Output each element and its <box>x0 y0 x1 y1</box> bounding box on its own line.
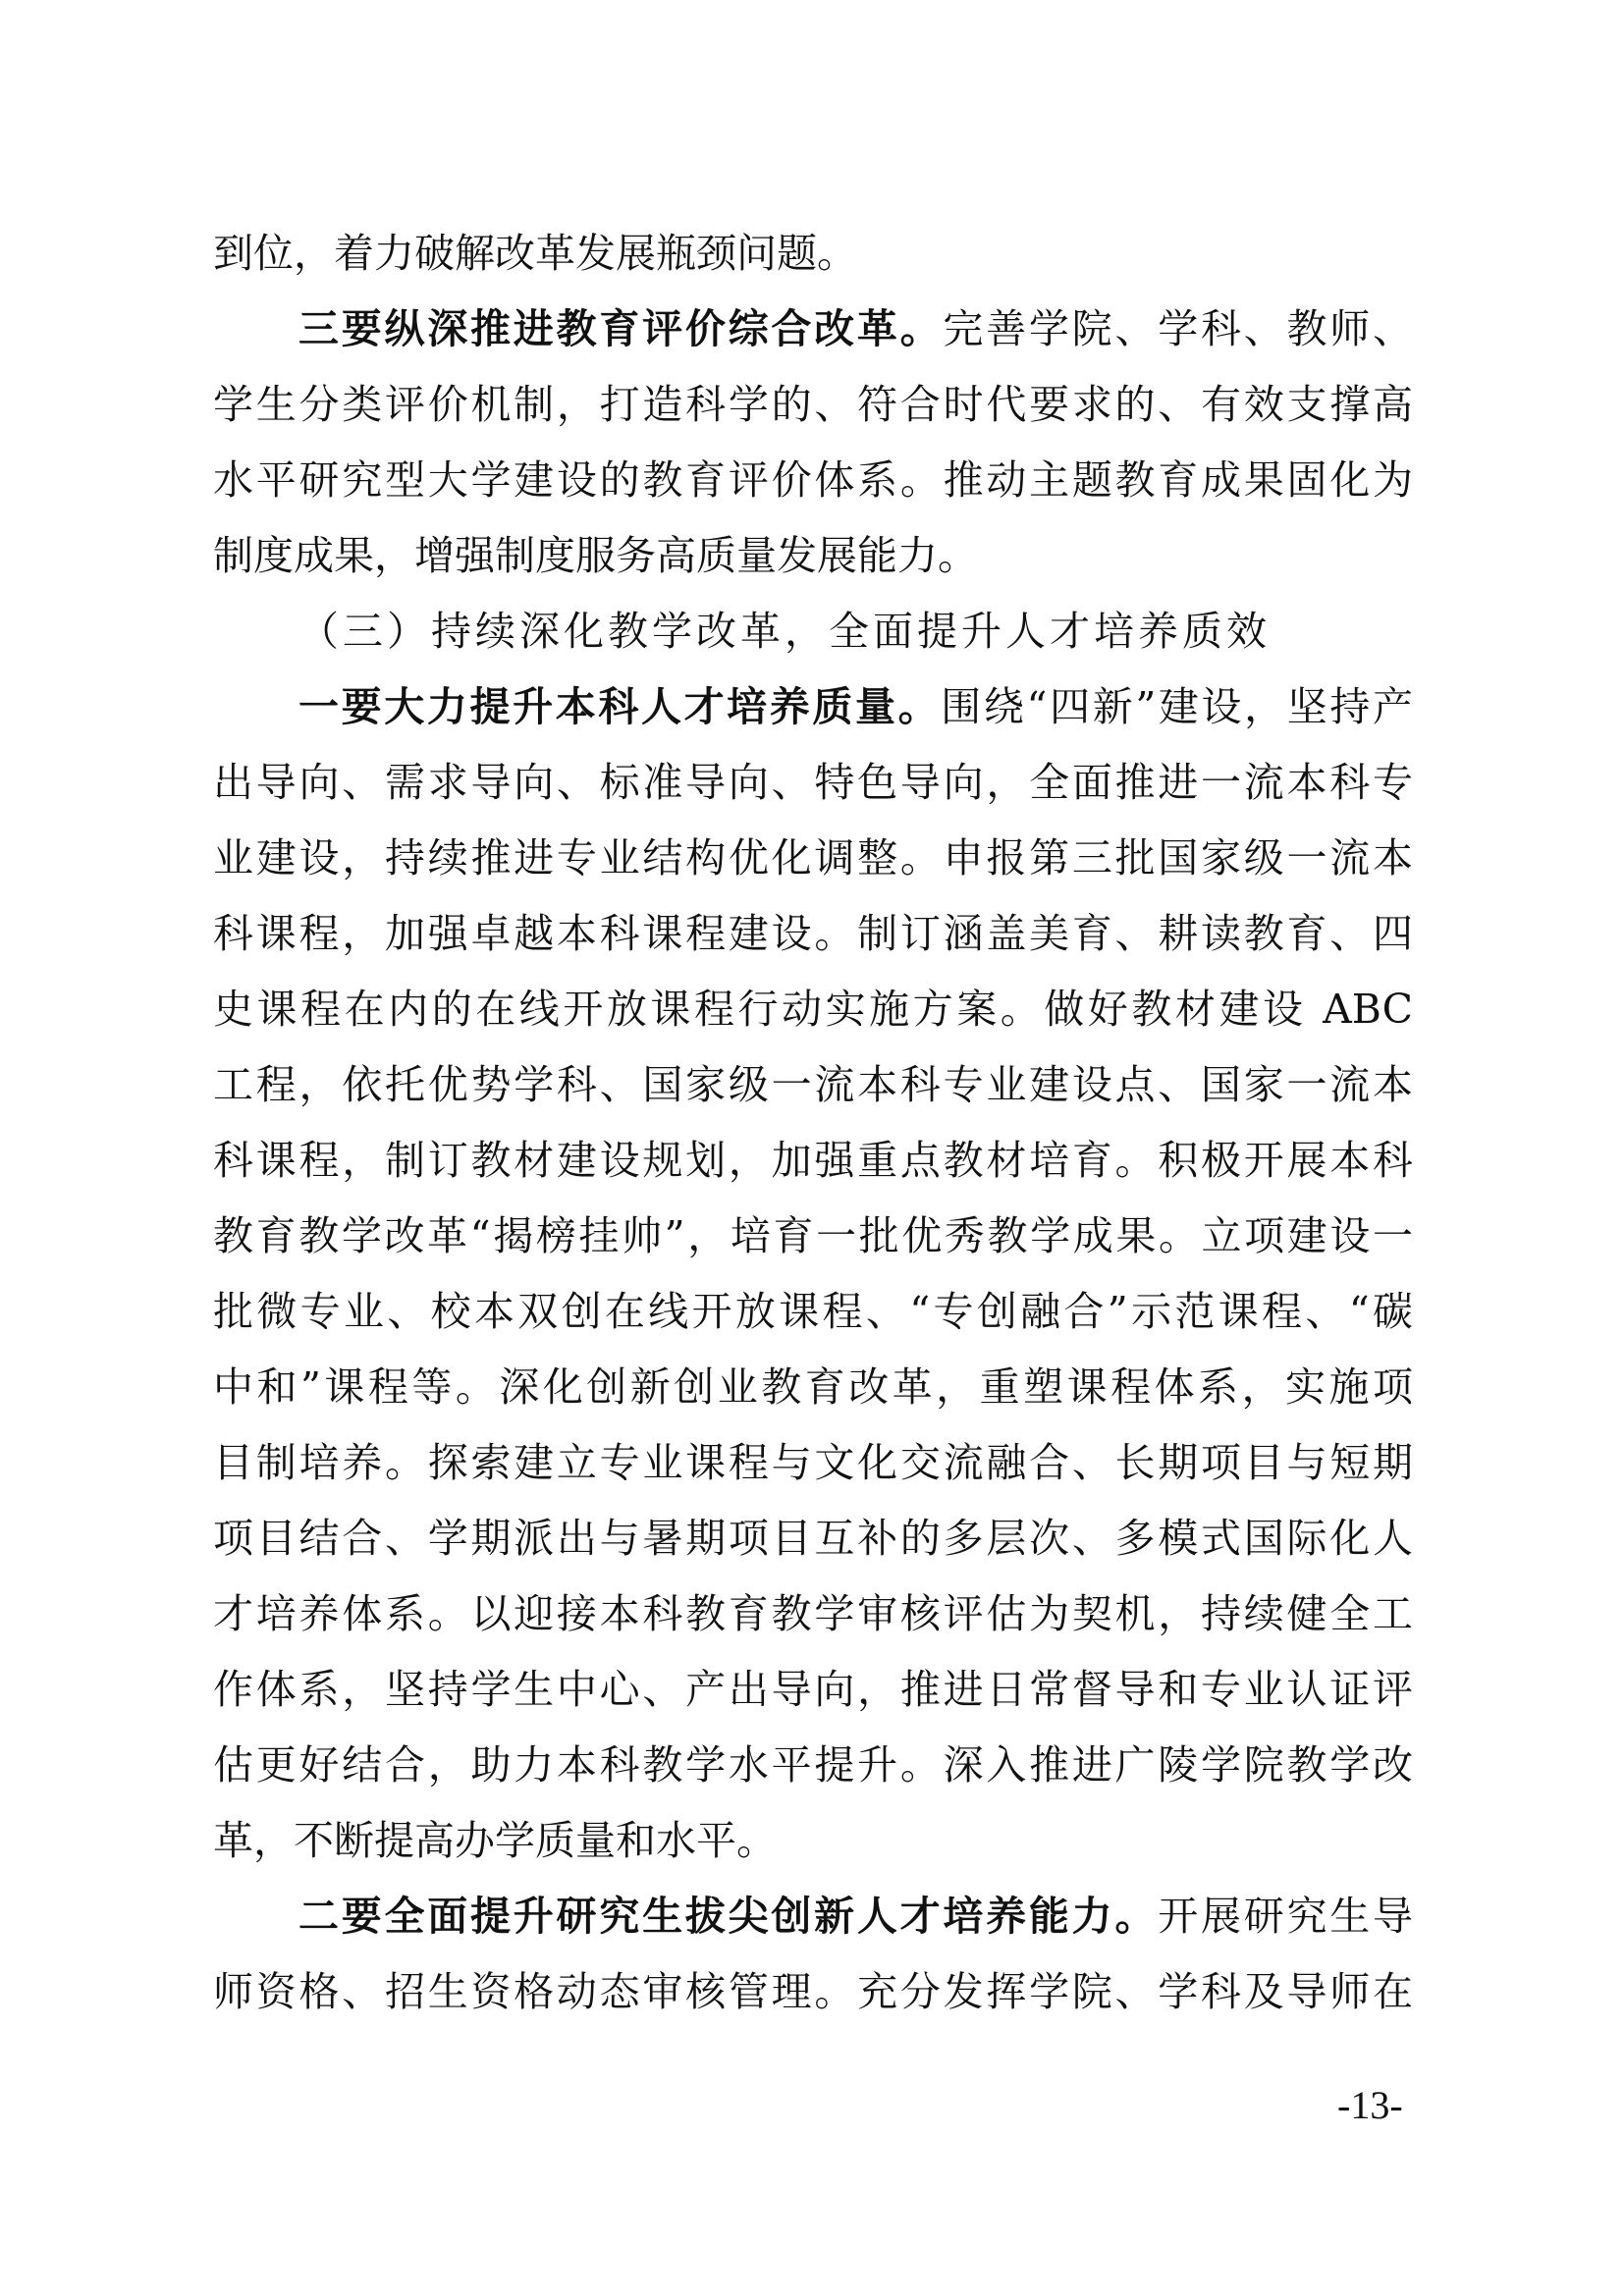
text-line: 目制培养。探索建立专业课程与文化交流融合、长期项目与短期 <box>213 1433 1413 1492</box>
line-text: 师资格、招生资格动态审核管理。充分发挥学院、学科及导师在 <box>213 1968 1413 2015</box>
text-line: 科课程，制订教材建设规划，加强重点教材培育。积极开展本科 <box>213 1131 1413 1190</box>
text-line: 教育教学改革“揭榜挂帅”，培育一批优秀教学成果。立项建设一 <box>213 1206 1413 1265</box>
line-text: 批微专业、校本双创在线开放课程、“专创融合”示范课程、“碳 <box>213 1288 1413 1335</box>
line-text: 制度成果，增强制度服务高质量发展能力。 <box>213 532 978 579</box>
line-text: 才培养体系。以迎接本科教育教学审核评估为契机，持续健全工 <box>213 1590 1413 1637</box>
line-text: 史课程在内的在线开放课程行动实施方案。做好教材建设 ABC <box>213 986 1413 1033</box>
text-line: 项目结合、学期派出与暑期项目互补的多层次、多模式国际化人 <box>213 1509 1413 1568</box>
section-heading: （三）持续深化教学改革，全面提升人才培养质效 <box>298 602 1271 661</box>
text-line: 科课程，加强卓越本科课程建设。制订涵盖美育、耕读教育、四 <box>213 904 1413 963</box>
paragraph-start-line: 三要纵深推进教育评价综合改革。完善学院、学科、教师、 <box>298 299 1413 358</box>
document-page: 到位，着力破解改革发展瓶颈问题。 三要纵深推进教育评价综合改革。完善学院、学科、… <box>0 0 1624 2296</box>
line-text: 科课程，加强卓越本科课程建设。制订涵盖美育、耕读教育、四 <box>213 910 1413 957</box>
text-line: 中和”课程等。深化创新创业教育改革，重塑课程体系，实施项 <box>213 1358 1413 1416</box>
text-line: 出导向、需求导向、标准导向、特色导向，全面推进一流本科专 <box>213 753 1413 812</box>
line-text: 目制培养。探索建立专业课程与文化交流融合、长期项目与短期 <box>213 1439 1413 1486</box>
text-line: 师资格、招生资格动态审核管理。充分发挥学院、学科及导师在 <box>213 1962 1413 2021</box>
paragraph-start-line: 一要大力提升本科人才培养质量。围绕“四新”建设，坚持产 <box>298 677 1413 736</box>
paragraph-lead-heading: 二要全面提升研究生拔尖创新人才培养能力。 <box>298 1893 1158 1940</box>
text-line: 史课程在内的在线开放课程行动实施方案。做好教材建设 ABC <box>213 980 1413 1039</box>
line-text: 作体系，坚持学生中心、产出导向，推进日常督导和专业认证评 <box>213 1666 1413 1713</box>
text-line: 制度成果，增强制度服务高质量发展能力。 <box>213 526 1413 585</box>
section-heading-text: （三）持续深化教学改革，全面提升人才培养质效 <box>298 608 1271 655</box>
line-text: 围绕“四新”建设，坚持产 <box>941 683 1413 730</box>
text-line: 革，不断提高办学质量和水平。 <box>213 1811 1413 1870</box>
line-text: 估更好结合，助力本科教学水平提升。深入推进广陵学院教学改 <box>213 1741 1413 1789</box>
text-line: 学生分类评价机制，打造科学的、符合时代要求的、有效支撑高 <box>213 375 1413 434</box>
line-text: 开展研究生导 <box>1158 1893 1413 1940</box>
text-line: 作体系，坚持学生中心、产出导向，推进日常督导和专业认证评 <box>213 1660 1413 1719</box>
line-text: 科课程，制订教材建设规划，加强重点教材培育。积极开展本科 <box>213 1137 1413 1184</box>
line-text: 工程，依托优势学科、国家级一流本科专业建设点、国家一流本 <box>213 1061 1413 1108</box>
text-line: 到位，着力破解改革发展瓶颈问题。 <box>213 224 1413 283</box>
line-text: 出导向、需求导向、标准导向、特色导向，全面推进一流本科专 <box>213 759 1413 806</box>
line-text: 到位，着力破解改革发展瓶颈问题。 <box>213 230 857 277</box>
text-line: 才培养体系。以迎接本科教育教学审核评估为契机，持续健全工 <box>213 1584 1413 1643</box>
line-text: 水平研究型大学建设的教育评价体系。推动主题教育成果固化为 <box>213 456 1413 504</box>
paragraph-lead-heading: 一要大力提升本科人才培养质量。 <box>298 683 941 730</box>
paragraph-start-line: 二要全面提升研究生拔尖创新人才培养能力。开展研究生导 <box>298 1887 1413 1946</box>
text-line: 估更好结合，助力本科教学水平提升。深入推进广陵学院教学改 <box>213 1735 1413 1794</box>
paragraph-lead-heading: 三要纵深推进教育评价综合改革。 <box>298 305 943 352</box>
text-line: 业建设，持续推进专业结构优化调整。申报第三批国家级一流本 <box>213 828 1413 887</box>
line-text: 学生分类评价机制，打造科学的、符合时代要求的、有效支撑高 <box>213 381 1413 428</box>
page-number: -13- <box>1337 2081 1403 2130</box>
line-text: 完善学院、学科、教师、 <box>943 305 1413 352</box>
line-text: 教育教学改革“揭榜挂帅”，培育一批优秀教学成果。立项建设一 <box>213 1212 1413 1259</box>
text-line: 工程，依托优势学科、国家级一流本科专业建设点、国家一流本 <box>213 1055 1413 1114</box>
line-text: 项目结合、学期派出与暑期项目互补的多层次、多模式国际化人 <box>213 1515 1413 1562</box>
line-text: 中和”课程等。深化创新创业教育改革，重塑课程体系，实施项 <box>213 1363 1413 1411</box>
text-line: 水平研究型大学建设的教育评价体系。推动主题教育成果固化为 <box>213 451 1413 509</box>
text-line: 批微专业、校本双创在线开放课程、“专创融合”示范课程、“碳 <box>213 1282 1413 1341</box>
line-text: 业建设，持续推进专业结构优化调整。申报第三批国家级一流本 <box>213 834 1413 881</box>
line-text: 革，不断提高办学质量和水平。 <box>213 1817 777 1864</box>
